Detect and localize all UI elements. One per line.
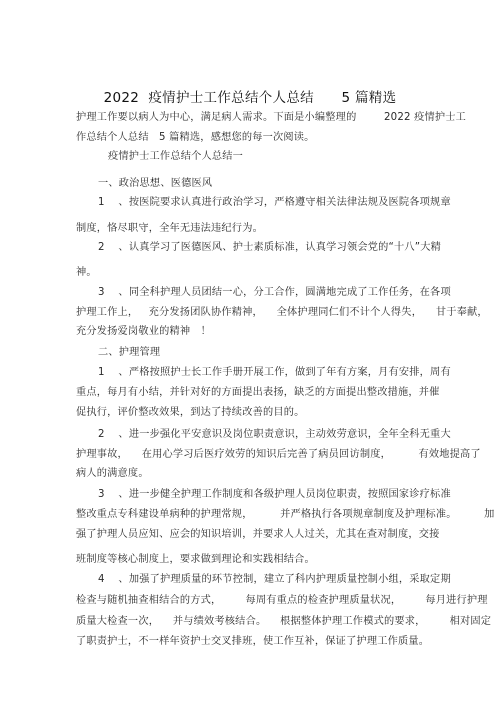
paragraph-line: 重点，每月有小结，并针对好的方面提出表扬，缺乏的方面提出整改措施，并催 [76, 386, 440, 400]
paragraph-line: 作总结个人总结 5 篇精选，感想您的每一次阅读。 [76, 131, 315, 145]
paragraph-line: 护理工作要以病人为中心，满足病人需求。下面是小编整理的 2022 疫情护士工 [76, 111, 466, 125]
paragraph-line: 3 、同全科护理人员团结一心，分工合作，圆满地完成了工作任务，在各项 [98, 286, 451, 300]
paragraph-line: 4 、加强了护理质量的环节控制，建立了科内护理质量控制小组，采取定期 [98, 573, 451, 587]
paragraph-line: 护理工作上， 充分发扬团队协作精神， 全体护理同仁们不计个人得失， 甘于奉献， [76, 306, 488, 320]
paragraph-line: 护理事故， 在用心学习后医疗效劳的知识后完善了病员回访制度， 有效地提高了 [76, 448, 481, 462]
paragraph-line: 2 、进一步强化平安意识及岗位职责意识，主动效劳意识，全年全科无重大 [98, 428, 451, 442]
paragraph-line: 班制度等核心制度上，要求做到理论和实践相结合。 [76, 553, 315, 567]
paragraph-line: 强了护理人员应知、应会的知识培训，并要求人人过关，尤其在查对制度，交接 [76, 528, 440, 542]
paragraph-line: 1 、严格按照护士长工作手册开展工作，做到了年有方案，月有安排，周有 [98, 366, 451, 380]
paragraph-line: 疫情护士工作总结个人总结一 [108, 150, 243, 164]
paragraph-line: 神。 [76, 266, 97, 280]
paragraph-line: 2 、认真学习了医德医风、护士素质标准，认真学习领会党的“十八”大精 [98, 241, 441, 255]
paragraph-line: 了职责护士，不一样年资护士交叉排班，使工作互补，保证了护理工作质量。 [76, 635, 429, 649]
paragraph-line: 促执行，评价整改效果，到达了持续改善的目的。 [76, 406, 305, 420]
paragraph-line: 一、政治思想、医德医风 [98, 177, 212, 191]
paragraph-line: 整改重点专科建设单病种的护理常规， 并严格执行各项规章制度及护理标准。 加 [76, 508, 495, 522]
paragraph-line: 检查与随机抽查相结合的方式， 每周有重点的检查护理质量状况， 每月进行护理 [76, 594, 488, 608]
document-title: 2022 疫情护士工作总结个人总结 5 篇精选 [0, 86, 500, 106]
paragraph-line: 病人的满意度。 [76, 467, 149, 481]
paragraph-line: 制度，恪尽职守，全年无违法违纪行为。 [76, 222, 263, 236]
paragraph-line: 二、护理管理 [98, 346, 160, 360]
paragraph-line: 1 、按医院要求认真进行政治学习，严格遵守相关法律法规及医院各项规章 [98, 196, 451, 210]
paragraph-line: 3 、进一步健全护理工作制度和各级护理人员岗位职责，按照国家诊疗标准 [98, 488, 451, 502]
document-page: 2022 疫情护士工作总结个人总结 5 篇精选 护理工作要以病人为中心，满足病人… [0, 0, 500, 708]
paragraph-line: 充分发扬爱岗敬业的精神 ！ [76, 325, 211, 339]
paragraph-line: 质量大检查一次， 并与绩效考核结合。 根据整体护理工作模式的要求， 相对固定 [76, 615, 491, 629]
